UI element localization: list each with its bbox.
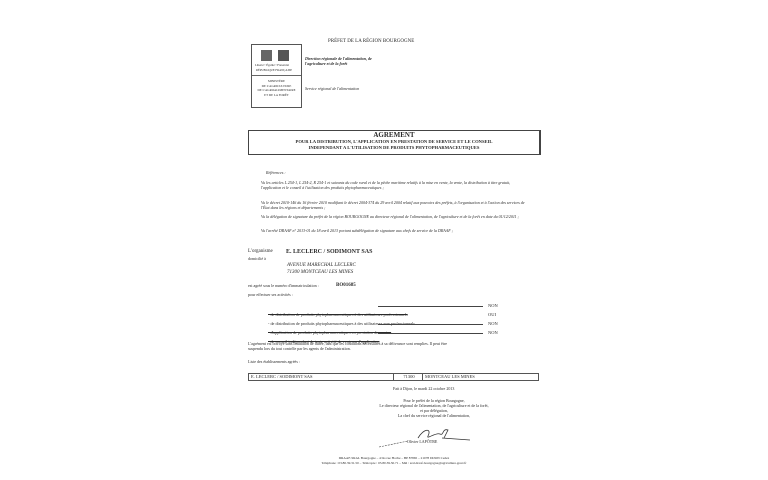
logo-motto: Liberté • Égalité • Fraternité — [255, 63, 289, 67]
service-name: Service régional de l'alimentation — [305, 86, 359, 91]
registration-label: est agréé sous le numéro d'immatriculati… — [248, 283, 319, 288]
establishment-postcode: 71300 — [394, 374, 423, 380]
establishment-name: E. LECLERC / SODIMONT SAS — [249, 374, 394, 380]
address-line-1: AVENUE MARECHAL LECLERC — [287, 263, 356, 269]
signature-block: Pour le préfet de la région Bourgogne, L… — [344, 398, 524, 418]
activity-value: NON — [488, 303, 498, 308]
republic-logo: Liberté • Égalité • Fraternité RÉPUBLIQU… — [251, 44, 302, 108]
direction-name: Direction régionale de l'alimentation, d… — [305, 56, 372, 66]
reference-item: Vu les articles L 254-1, L 254-2, R 254-… — [261, 180, 531, 190]
prefect-header: PRÉFET DE LA RÉGION BOURGOGNE — [328, 39, 414, 45]
reference-item: Vu l'arrêté DRAAF n° 2013-01 du 18 avril… — [261, 228, 531, 233]
title-box: AGREMENT POUR LA DISTRIBUTION, L'APPLICA… — [248, 130, 541, 155]
organisation-name: E. LECLERC / SODIMONT SAS — [286, 249, 372, 256]
strike-line — [378, 324, 483, 325]
signatory-name: Olivier LAPÔTRE — [407, 439, 437, 444]
establishments-table: E. LECLERC / SODIMONT SAS 71300 MONTCEAU… — [248, 373, 539, 381]
reference-item: Vu le décret 2010-146 du 16 février 2010… — [261, 200, 531, 210]
strike-line — [378, 333, 483, 334]
organisation-label: L'organisme — [248, 249, 273, 255]
references-label: Références : — [266, 170, 286, 175]
notice-text: L'agrément est octroyé sans limitation d… — [248, 341, 447, 351]
marianne-logo: Liberté • Égalité • Fraternité RÉPUBLIQU… — [252, 45, 301, 76]
strike-line — [378, 306, 483, 307]
signature-tail-icon — [379, 440, 409, 448]
ministry-name: MINISTÈRE DE L'AGRICULTURE DE L'AGROALIM… — [252, 79, 301, 97]
document-page: PRÉFET DE LA RÉGION BOURGOGNE Liberté • … — [244, 0, 544, 480]
document-subtitle-2: INDEPENDANT A L'UTILISATION DE PRODUITS … — [249, 145, 539, 151]
logo-republic: RÉPUBLIQUE FRANÇAISE — [256, 68, 292, 72]
footer: DRAAF-SRAL Bourgogne – 4 bis rue Hoche –… — [264, 456, 524, 466]
establishment-city: MONTCEAU LES MINES — [423, 374, 538, 380]
document-title: AGREMENT — [249, 131, 539, 139]
marianne-right-icon — [278, 50, 289, 61]
establishments-label: Liste des établissements agréés : — [248, 359, 300, 364]
domicile-label: domicilié à — [248, 256, 266, 261]
address-line-2: 71300 MONTCEAU LES MINES — [287, 270, 353, 276]
activities-label: pour effectuer ses activités : — [248, 292, 293, 297]
activity-value: NON — [488, 321, 498, 326]
place-date: Fait à Dijon, le mardi 22 octobre 2013 — [393, 386, 454, 391]
registration-number: BO01685 — [336, 283, 356, 289]
activity-value: OUI — [488, 312, 496, 317]
reference-item: Vu la délégation de signature du préfet … — [261, 214, 531, 219]
activity-value: NON — [488, 330, 498, 335]
marianne-left-icon — [261, 50, 272, 61]
